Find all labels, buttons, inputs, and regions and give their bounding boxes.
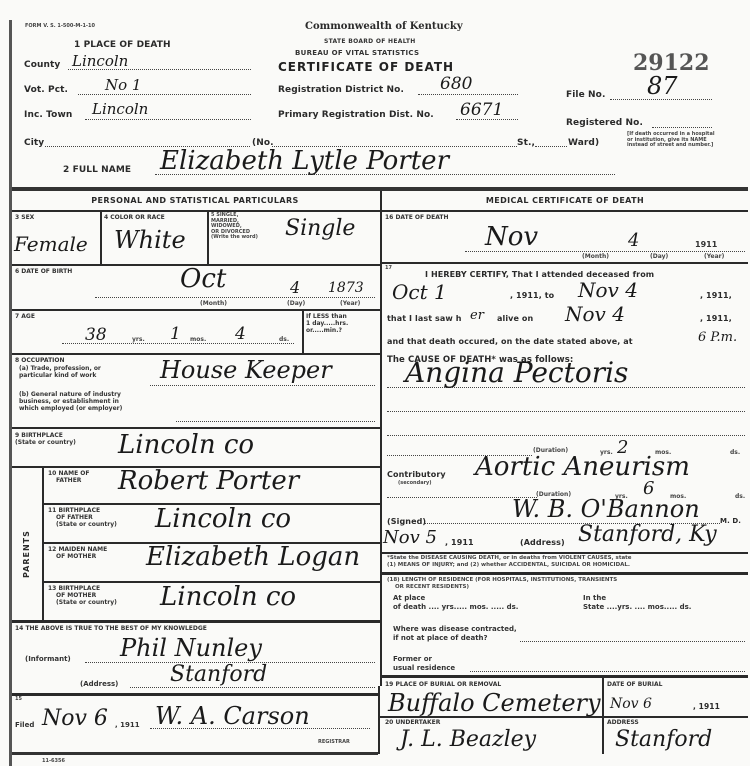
mother-name-label: 12 MAIDEN NAME OF MOTHER — [48, 546, 107, 560]
age-years: 38 — [85, 325, 107, 345]
board-title: STATE BOARD OF HEALTH — [324, 38, 416, 45]
last-saw-date[interactable]: Nov 4 — [565, 302, 625, 326]
race-label: 4 COLOR OR RACE — [104, 214, 165, 221]
duration2-ds: ds. — [735, 494, 745, 500]
label-line: 13 BIRTHPLACE — [48, 585, 117, 592]
father-name-value[interactable]: Robert Porter — [118, 466, 299, 496]
residence-in-state[interactable]: In the State ....yrs. .... mos..... ds. — [583, 594, 691, 612]
rule — [12, 427, 380, 429]
ward-label: Ward) — [568, 138, 599, 148]
dob-year: 1873 — [328, 280, 364, 296]
personal-section-heading: PERSONAL AND STATISTICAL PARTICULARS — [12, 196, 378, 205]
informant-label: (Informant) — [25, 656, 71, 663]
attended-to-year: , 1911, — [700, 291, 732, 300]
death-time[interactable]: 6 P.m. — [698, 330, 737, 345]
burial-place-label: 19 PLACE OF BURIAL OR REMOVAL — [385, 681, 501, 688]
registrar-label: REGISTRAR — [318, 740, 350, 746]
label-line: At place — [393, 594, 518, 603]
residence-heading: (18) LENGTH OF RESIDENCE (FOR HOSPITALS,… — [387, 577, 617, 591]
rule — [380, 262, 748, 264]
filed-year: , 1911 — [115, 722, 140, 729]
city-label: City — [24, 138, 44, 148]
mother-name-value[interactable]: Elizabeth Logan — [146, 542, 360, 572]
inc-town-label: Inc. Town — [24, 110, 72, 120]
vot-pct-field[interactable] — [78, 83, 251, 95]
label-line: State ....yrs. .... mos..... ds. — [583, 603, 691, 612]
district-value: 680 — [440, 74, 472, 94]
less-than-line: or.....min.? — [306, 327, 348, 334]
marital-label: 5 SINGLE, MARRIED, WIDOWED, OR DIVORCED … — [211, 213, 258, 241]
contributory-sub: (secondary) — [398, 481, 432, 487]
primary-dist-value: 6671 — [460, 100, 503, 120]
rule — [380, 572, 748, 575]
print-code: 11-6356 — [42, 759, 65, 765]
contracted-field[interactable] — [520, 634, 745, 642]
inc-town-value: Lincoln — [92, 100, 148, 118]
label-line: OF MOTHER — [48, 553, 107, 560]
duration1-ds: ds. — [730, 450, 740, 456]
label-line: 11 BIRTHPLACE — [48, 507, 117, 514]
informant-address-value: Stanford — [170, 662, 267, 687]
dob-month: Oct — [180, 264, 226, 294]
birthplace-label: 9 BIRTHPLACE (State or country) — [15, 432, 76, 446]
marital-value[interactable]: Single — [285, 216, 355, 241]
rule — [12, 752, 378, 755]
occupation-a-label: (a) Trade, profession, or particular kin… — [19, 365, 101, 379]
informant-statement: 14 THE ABOVE IS TRUE TO THE BEST OF MY K… — [15, 625, 207, 632]
hospital-note: [If death occurred in a hospital or inst… — [627, 132, 722, 149]
column-divider — [380, 191, 382, 686]
sex-value[interactable]: Female — [14, 232, 88, 256]
dod-month: Nov — [485, 222, 538, 252]
year-caption: (Year) — [340, 301, 360, 307]
registered-no-field[interactable] — [652, 116, 712, 128]
dod-day: 4 — [628, 230, 639, 251]
ds-label: ds. — [279, 337, 289, 343]
filed-label: Filed — [15, 722, 34, 729]
district-label: Registration District No. — [278, 85, 404, 95]
rule — [100, 210, 102, 264]
informant-value: Phil Nunley — [120, 634, 262, 662]
signed-date[interactable]: Nov 5 — [383, 527, 437, 548]
label-line: usual residence — [393, 664, 455, 673]
undertaker-address-label: ADDRESS — [607, 719, 639, 726]
primary-dist-label: Primary Registration Dist. No. — [278, 110, 434, 120]
rule — [380, 675, 748, 678]
full-name-value: Elizabeth Lytle Porter — [160, 146, 449, 176]
occupation-a-line: (a) Trade, profession, or — [19, 365, 101, 372]
occupation-b-line: which employed (or employer) — [19, 405, 122, 412]
parents-side-label: PARENTS — [22, 530, 31, 578]
footnote-line: (1) MEANS OF INJURY; and (2) whether ACC… — [387, 562, 632, 569]
less-than-line: 1 day.....hrs. — [306, 320, 348, 327]
marital-label-line: (Write the word) — [211, 235, 258, 241]
form-number: FORM V. S. 1-500-M-1-10 — [25, 24, 95, 30]
age-months: 1 — [170, 324, 181, 344]
label-line: FATHER — [48, 477, 89, 484]
vot-pct-value: No 1 — [105, 76, 141, 94]
occupation-label: 8 OCCUPATION — [15, 357, 65, 364]
less-than-line: If LESS than — [306, 313, 348, 320]
physician-address-value[interactable]: Stanford, Ky — [578, 522, 717, 547]
filing-number: 15 — [15, 697, 22, 703]
place-of-death-heading: 1 PLACE OF DEATH — [74, 40, 171, 50]
signed-label: (Signed) — [387, 517, 426, 526]
death-certificate: FORM V. S. 1-500-M-1-10 Commonwealth of … — [0, 0, 750, 766]
registered-no-label: Registered No. — [566, 118, 643, 128]
medical-section-heading: MEDICAL CERTIFICATE OF DEATH — [384, 196, 746, 205]
label-line: (State or country) — [48, 521, 117, 528]
yrs-label: yrs. — [132, 337, 145, 343]
signed-year: , 1911 — [445, 538, 474, 547]
residence-former: Former or usual residence — [393, 655, 455, 673]
residence-at-place[interactable]: At place of death .... yrs..... mos. ...… — [393, 594, 518, 612]
dod-year: 1911 — [695, 241, 717, 248]
residence-contracted: Where was disease contracted, if not at … — [393, 625, 517, 643]
label-line: if not at place of death? — [393, 634, 517, 643]
death-occurred-text: and that death occured, on the date stat… — [387, 337, 633, 346]
occupation-a-line: particular kind of work — [19, 372, 101, 379]
burial-date-year: , 1911 — [693, 702, 720, 711]
occupation-b-line: business, or establishment in — [19, 398, 122, 405]
label-line: of death .... yrs..... mos. ..... ds. — [393, 603, 518, 612]
rule — [12, 693, 380, 696]
father-birthplace-value[interactable]: Lincoln co — [155, 504, 291, 534]
rule — [12, 620, 380, 623]
label-line: OF MOTHER — [48, 592, 117, 599]
last-saw-pronoun[interactable]: er — [470, 308, 484, 323]
label-line: (State or country) — [48, 599, 117, 606]
county-value: Lincoln — [72, 52, 128, 70]
file-no-value: 87 — [647, 72, 678, 100]
left-margin-rule — [9, 20, 12, 766]
cause-footnote: *State the DISEASE CAUSING DEATH, or in … — [387, 555, 632, 569]
day-caption: (Day) — [287, 301, 305, 307]
undertaker-label: 20 UNDERTAKER — [385, 719, 440, 726]
cause-line-2[interactable] — [387, 404, 745, 412]
birthplace-label-line: (State or country) — [15, 439, 76, 446]
rule — [380, 210, 748, 212]
rule — [380, 552, 748, 554]
bureau-title: BUREAU OF VITAL STATISTICS — [295, 49, 419, 57]
ward-field[interactable] — [535, 137, 567, 147]
age-label: 7 AGE — [15, 313, 35, 320]
burial-place-value[interactable]: Buffalo Cemetery — [388, 689, 601, 717]
undertaker-value[interactable]: J. L. Beazley — [400, 727, 536, 752]
label-line: Where was disease contracted, — [393, 625, 517, 634]
label-line: OF FATHER — [48, 514, 117, 521]
rule — [207, 210, 209, 264]
birthplace-label-line: 9 BIRTHPLACE — [15, 432, 76, 439]
registrar-value: W. A. Carson — [155, 702, 310, 730]
file-no-label: File No. — [566, 90, 606, 100]
attended-from-year: , 1911, to — [510, 291, 554, 300]
residence-heading-line: (18) LENGTH OF RESIDENCE (FOR HOSPITALS,… — [387, 577, 617, 584]
label-line: In the — [583, 594, 691, 603]
filed-date[interactable]: Nov 6 — [42, 706, 108, 731]
undertaker-address-value[interactable]: Stanford — [615, 727, 712, 752]
label-line: 10 NAME OF — [48, 470, 89, 477]
occupation-b-line: (b) General nature of industry — [19, 391, 122, 398]
date-of-death-label: 16 DATE OF DEATH — [385, 214, 449, 221]
rule — [12, 353, 380, 355]
less-than-day-field[interactable]: If LESS than 1 day.....hrs. or.....min.? — [306, 313, 348, 334]
attended-from[interactable]: Oct 1 — [392, 280, 447, 304]
mos-label: mos. — [190, 337, 206, 343]
contributory-value[interactable]: Aortic Aneurism — [475, 452, 690, 482]
race-value[interactable]: White — [114, 226, 186, 254]
rule — [12, 309, 380, 311]
mother-birthplace-value[interactable]: Lincoln co — [160, 582, 296, 612]
last-saw-mid: alive on — [497, 314, 533, 323]
month-caption: (Month) — [200, 301, 227, 307]
father-name-label: 10 NAME OF FATHER — [48, 470, 89, 484]
full-name-label: 2 FULL NAME — [63, 165, 131, 175]
occupation-b-field[interactable] — [176, 414, 375, 422]
label-line: 12 MAIDEN NAME — [48, 546, 107, 553]
age-days: 4 — [235, 324, 246, 344]
rule — [12, 210, 380, 212]
commonwealth-title: Commonwealth of Kentucky — [305, 21, 463, 32]
contributory-label: Contributory — [387, 470, 446, 479]
certificate-title: CERTIFICATE OF DEATH — [278, 60, 454, 74]
dob-day: 4 — [290, 278, 300, 297]
column-divider-lower — [378, 686, 380, 754]
signed-suffix: M. D. — [720, 517, 741, 525]
dob-label: 6 DATE OF BIRTH — [15, 268, 72, 275]
burial-date-label: DATE OF BURIAL — [607, 681, 663, 688]
attended-to[interactable]: Nov 4 — [578, 278, 638, 302]
occupation-b-label: (b) General nature of industry business,… — [19, 391, 122, 412]
label-line: Former or — [393, 655, 455, 664]
sex-label: 3 SEX — [15, 214, 34, 221]
dod-month-caption: (Month) — [582, 254, 609, 260]
dod-day-caption: (Day) — [650, 254, 668, 260]
cause-line-3[interactable] — [387, 428, 745, 436]
last-saw-year: , 1911, — [700, 314, 732, 323]
cause-value: Angina Pectoris — [405, 356, 628, 389]
certify-number: 17 — [385, 266, 392, 272]
residence-heading-line: OR RECENT RESIDENTS) — [387, 584, 617, 591]
burial-date-value[interactable]: Nov 6 — [610, 696, 652, 712]
rule — [302, 309, 304, 353]
rule — [380, 716, 748, 718]
vot-pct-label: Vot. Pct. — [24, 85, 68, 95]
occupation-value: House Keeper — [160, 356, 332, 384]
father-birthplace-label: 11 BIRTHPLACE OF FATHER (State or countr… — [48, 507, 117, 528]
former-residence-field[interactable] — [470, 664, 745, 672]
footnote-line: *State the DISEASE CAUSING DEATH, or in … — [387, 555, 632, 562]
mother-birthplace-label: 13 BIRTHPLACE OF MOTHER (State or countr… — [48, 585, 117, 606]
last-saw-prefix: that I last saw h — [387, 314, 462, 323]
signed-value: W. B. O'Bannon — [512, 495, 700, 523]
informant-address-label: (Address) — [80, 681, 118, 688]
county-label: County — [24, 60, 60, 70]
dod-year-caption: (Year) — [704, 254, 724, 260]
st-label: St., — [517, 138, 535, 148]
physician-address-label: (Address) — [520, 538, 565, 547]
birthplace-value[interactable]: Lincoln co — [118, 430, 254, 460]
